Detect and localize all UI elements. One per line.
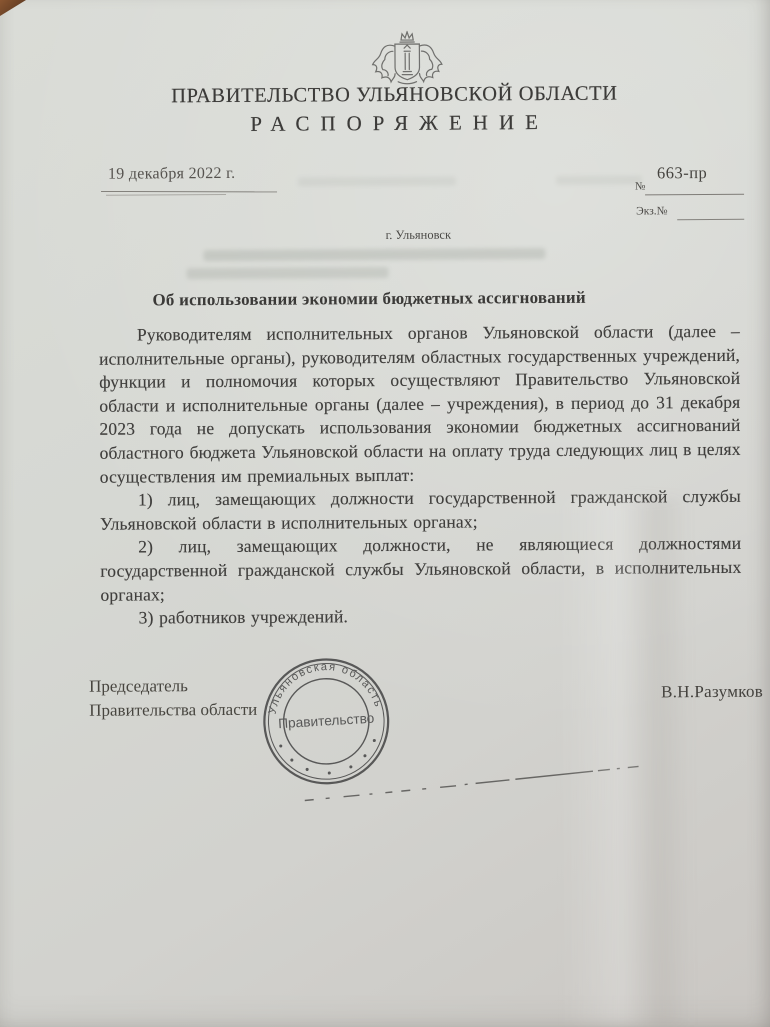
bleed-through-smudge: [556, 175, 642, 185]
place-of-issue: г. Ульяновск: [33, 225, 770, 245]
body-paragraph: Руководителям исполнительных органов Уль…: [99, 320, 741, 489]
signatory-position-line1: Председатель: [89, 674, 257, 699]
signatory-position: Председатель Правительства области: [89, 674, 257, 722]
paper-crease: [560, 498, 693, 1026]
issuing-authority: ПРАВИТЕЛЬСТВО УЛЬЯНОВСКОЙ ОБЛАСТИ: [9, 82, 770, 110]
document-type: РАСПОРЯЖЕНИЕ: [15, 109, 770, 139]
bleed-through-smudge: [186, 267, 388, 279]
signatory-position-line2: Правительства области: [89, 697, 257, 722]
date-underline-2: [106, 194, 226, 196]
copy-number-label: Экз.№: [636, 205, 667, 217]
document-number: 663-пр: [657, 163, 707, 183]
number-underline: [645, 194, 744, 196]
bleed-through-smudge: [203, 248, 545, 261]
document-date: 19 декабря 2022 г.: [108, 165, 236, 184]
document-photo: ПРАВИТЕЛЬСТВО УЛЬЯНОВСКОЙ ОБЛАСТИ РАСПОР…: [0, 0, 770, 1027]
copy-number-underline: [677, 219, 744, 221]
stamp-center-text: Правительство: [278, 711, 375, 732]
bleed-through-smudge: [298, 177, 456, 187]
document-page: ПРАВИТЕЛЬСТВО УЛЬЯНОВСКОЙ ОБЛАСТИ РАСПОР…: [0, 0, 770, 1027]
document-title: Об использовании экономии бюджетных асси…: [49, 287, 690, 311]
coat-of-arms-icon: [363, 31, 451, 89]
date-underline: [101, 191, 277, 193]
